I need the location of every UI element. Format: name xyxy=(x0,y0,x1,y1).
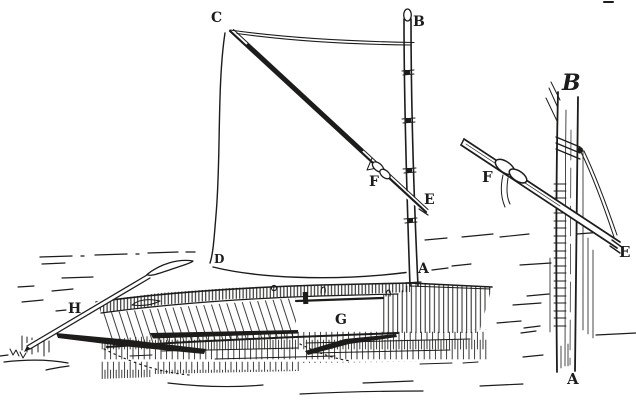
splash-marks xyxy=(10,349,26,358)
horizon-dash-dot-line xyxy=(40,252,195,257)
label-h-oar: H xyxy=(68,301,81,317)
water-reflection xyxy=(100,329,487,379)
detail-rope-strands xyxy=(501,175,510,207)
mast-joint-3-band xyxy=(407,168,412,173)
label-f-snotter: F xyxy=(369,174,379,190)
sprit-spar-shading xyxy=(248,45,362,150)
reflection-block-c xyxy=(302,329,487,363)
detail-mast xyxy=(556,92,578,372)
mast-joint-4-band xyxy=(408,218,413,223)
label-a-mast-foot: A xyxy=(417,261,430,277)
label-d-tack: D xyxy=(214,252,224,266)
sail-foot xyxy=(213,267,406,278)
oar-blade xyxy=(147,260,193,275)
detail-lashing-knot xyxy=(577,147,583,153)
label-a-detail: A xyxy=(566,370,579,388)
label-f-detail: F xyxy=(482,168,493,186)
detail-mast-inner-line-2 xyxy=(570,130,571,365)
hull-end-cap xyxy=(398,283,492,333)
detail-mast-lashing xyxy=(556,137,580,159)
label-e-detail: E xyxy=(619,243,630,261)
label-e-sprit-heel: E xyxy=(424,192,435,208)
mast-head-cap xyxy=(404,9,412,21)
mast-joint-2-band xyxy=(406,118,411,123)
mast-detail-view xyxy=(461,82,623,372)
mast-joint-1-band xyxy=(405,70,410,75)
detail-sprit-knockout xyxy=(463,141,619,245)
label-c-peak: C xyxy=(211,10,222,26)
hull-front-face-right xyxy=(383,294,398,334)
label-g-hull: G xyxy=(335,312,347,328)
label-b-detail: B xyxy=(561,70,581,96)
engraving-canvas: C B F E A D H G B F E A xyxy=(0,0,636,404)
sail-luff xyxy=(210,33,225,263)
deck-post xyxy=(303,292,309,304)
reflection-block-a xyxy=(100,336,152,379)
label-b-masthead: B xyxy=(413,14,425,30)
sail-rig xyxy=(210,9,428,286)
scanned-page: C B F E A D H G B F E A xyxy=(0,0,636,404)
sprit-spar xyxy=(230,31,426,212)
head-rope xyxy=(230,30,414,45)
mast xyxy=(404,19,418,286)
detail-mast-inner-line xyxy=(565,110,566,366)
